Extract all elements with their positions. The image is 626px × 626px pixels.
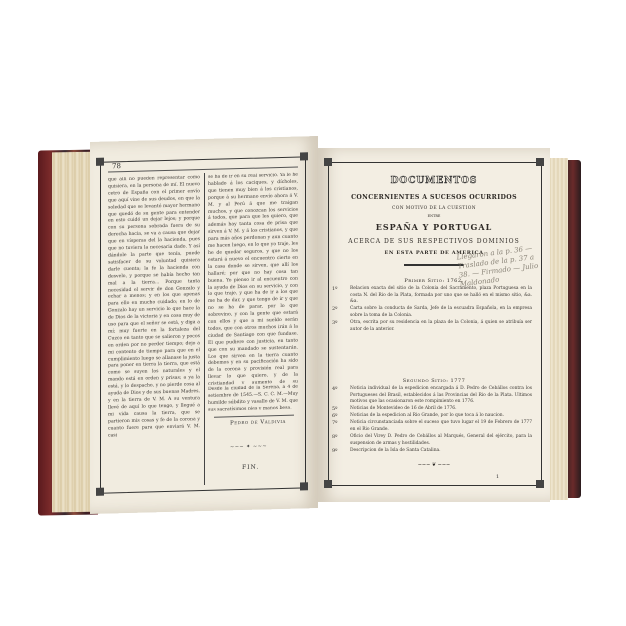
list-item: 9ºDescripcion de la Isla de Santa Catali… bbox=[336, 448, 532, 455]
section-heading-1: Primer Sitio: 1762. bbox=[318, 278, 550, 284]
page-number: 1 bbox=[496, 474, 499, 480]
left-page: 78 que allí no pueden representar como q… bbox=[90, 136, 318, 514]
corner-ornament-icon bbox=[300, 482, 308, 490]
list-item: 5ºNoticias de Montevideo de 16 de Abril … bbox=[336, 406, 532, 413]
corner-ornament-icon bbox=[536, 158, 544, 166]
end-label: FIN. bbox=[242, 464, 259, 471]
right-page: DOCUMENTOS CONCERNIENTES A SUCESOS OCURR… bbox=[318, 148, 550, 502]
closing-text: Desde la ciudad de la Serena, á 4 de set… bbox=[208, 385, 298, 411]
section-heading-2: Segundo Sitio: 1777 bbox=[318, 378, 550, 384]
corner-ornament-icon bbox=[536, 480, 544, 488]
subtitle-line-3: ENTRE bbox=[318, 214, 550, 218]
text-column-left: que allí no pueden representar como quis… bbox=[108, 175, 200, 485]
end-ornament: ~~~ ❦ ~~~ bbox=[318, 462, 550, 468]
document-title: DOCUMENTOS bbox=[318, 176, 550, 186]
corner-ornament-icon bbox=[96, 488, 104, 496]
open-book: 78 que allí no pueden representar como q… bbox=[0, 0, 626, 626]
text-column-right: se ha de ir en su real servicio. Ya le h… bbox=[208, 173, 298, 385]
end-ornament: ~~~ ✦ ~~~ bbox=[230, 443, 267, 450]
list-item: 6ºNoticias de la espedicion al Rio Grand… bbox=[336, 413, 532, 420]
list-item: 2ºCarta sobre la conducta de Sarda, Jefe… bbox=[336, 306, 532, 319]
list-item: 7ºNoticia circunstanciada sobre el suces… bbox=[336, 420, 532, 433]
list-item: 3ºOtra, escrita por su residencia en la … bbox=[336, 320, 532, 333]
page-number: 78 bbox=[112, 162, 121, 170]
subtitle-line-2: CON MOTIVO DE LA CUESTION bbox=[318, 206, 550, 211]
subtitle-line-4: ESPAÑA Y PORTUGAL bbox=[318, 222, 550, 232]
corner-ornament-icon bbox=[96, 158, 104, 166]
page-edges-right bbox=[548, 158, 568, 500]
list-item: 1ºRelacion exacta del sitio de la Coloni… bbox=[336, 286, 532, 306]
subtitle-line-1: CONCERNIENTES A SUCESOS OCURRIDOS bbox=[318, 194, 550, 201]
corner-ornament-icon bbox=[324, 158, 332, 166]
list-item: 8ºOficio del Virey D. Pedro de Cebállos … bbox=[336, 434, 532, 447]
corner-ornament-icon bbox=[324, 480, 332, 488]
list-item: 4ºNoticia individual de la espedicion en… bbox=[336, 386, 532, 406]
column-divider bbox=[204, 173, 205, 485]
subtitle-line-5: ACERCA DE SUS RESPECTIVOS DOMINIOS bbox=[318, 238, 550, 245]
corner-ornament-icon bbox=[300, 152, 308, 160]
title-ornament-rule bbox=[404, 264, 464, 266]
